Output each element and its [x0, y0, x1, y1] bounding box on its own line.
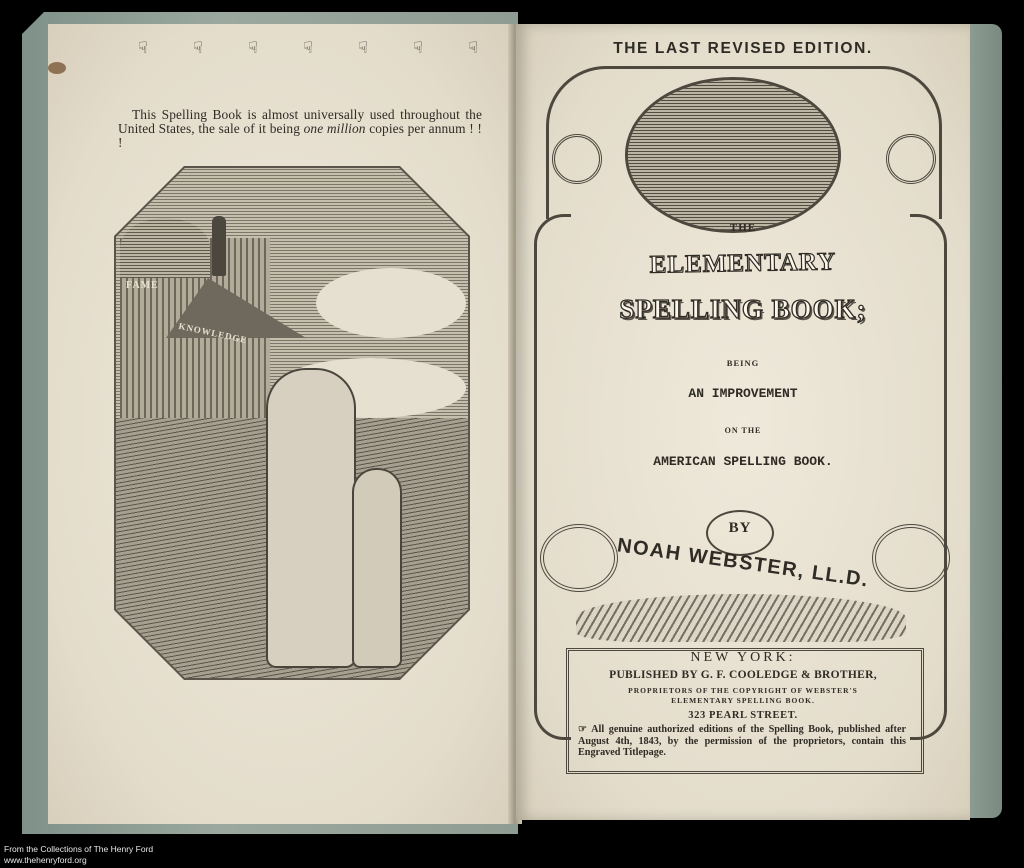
byline-by: BY — [706, 520, 774, 537]
frontispiece-engraving: FAME KNOWLEDGE — [114, 166, 470, 680]
pointing-hand-icon: ☟ — [413, 38, 423, 58]
imprint-address: 323 PEARL STREET. — [516, 710, 970, 721]
sales-note: This Spelling Book is almost universally… — [118, 108, 482, 150]
authenticity-notice: ☞ All genuine authorized editions of the… — [578, 724, 906, 759]
imprint-proprietors: PROPRIETORS OF THE COPYRIGHT OF WEBSTER'… — [516, 686, 970, 706]
pointing-hands-row: ☟ ☟ ☟ ☟ ☟ ☟ ☟ — [138, 38, 478, 58]
subtitle-being: BEING — [516, 358, 970, 368]
pointing-hand-icon: ☟ — [193, 38, 203, 58]
pointing-hand-icon: ☟ — [358, 38, 368, 58]
title-spelling-book: SPELLING BOOK; — [516, 294, 970, 325]
subtitle-improvement: AN IMPROVEMENT — [516, 386, 970, 401]
acanthus-foliage-ornament — [576, 594, 906, 642]
subtitle-on-the: ON THE — [516, 426, 970, 435]
schoolroom-vignette — [628, 80, 838, 230]
pointing-hand-icon: ☟ — [303, 38, 313, 58]
pointing-hand-icon: ☟ — [468, 38, 478, 58]
sales-emphasis: one million — [304, 121, 366, 136]
pointing-hand-icon: ☟ — [248, 38, 258, 58]
child-figure — [352, 468, 402, 668]
right-page-titlepage: THE LAST REVISED EDITION. THE ELEMENTARY… — [516, 24, 970, 820]
title-elementary: ELEMENTARY — [516, 246, 970, 282]
temple-dome — [120, 218, 210, 278]
page-stain — [48, 62, 66, 74]
temple-label-fame: FAME — [126, 280, 159, 291]
title-the: THE — [516, 222, 970, 234]
statue-figure — [212, 216, 226, 276]
credit-url: www.thehenryford.org — [4, 855, 153, 866]
subtitle-american-spelling-book: AMERICAN SPELLING BOOK. — [516, 454, 970, 469]
edition-heading: THE LAST REVISED EDITION. — [516, 40, 970, 58]
imprint-publisher: PUBLISHED BY G. F. COOLEDGE & BROTHER, — [516, 669, 970, 681]
imprint-city: NEW YORK: — [516, 650, 970, 666]
pointing-hand-icon: ☟ — [138, 38, 148, 58]
rosette-ornament-icon — [552, 134, 602, 184]
credit-line: From the Collections of The Henry Ford — [4, 844, 153, 855]
minerva-figure — [266, 368, 356, 668]
rosette-ornament-icon — [886, 134, 936, 184]
collection-credit: From the Collections of The Henry Ford w… — [4, 844, 153, 866]
cloud — [316, 268, 466, 338]
left-page-frontispiece: ☟ ☟ ☟ ☟ ☟ ☟ ☟ This Spelling Book is almo… — [48, 24, 514, 824]
